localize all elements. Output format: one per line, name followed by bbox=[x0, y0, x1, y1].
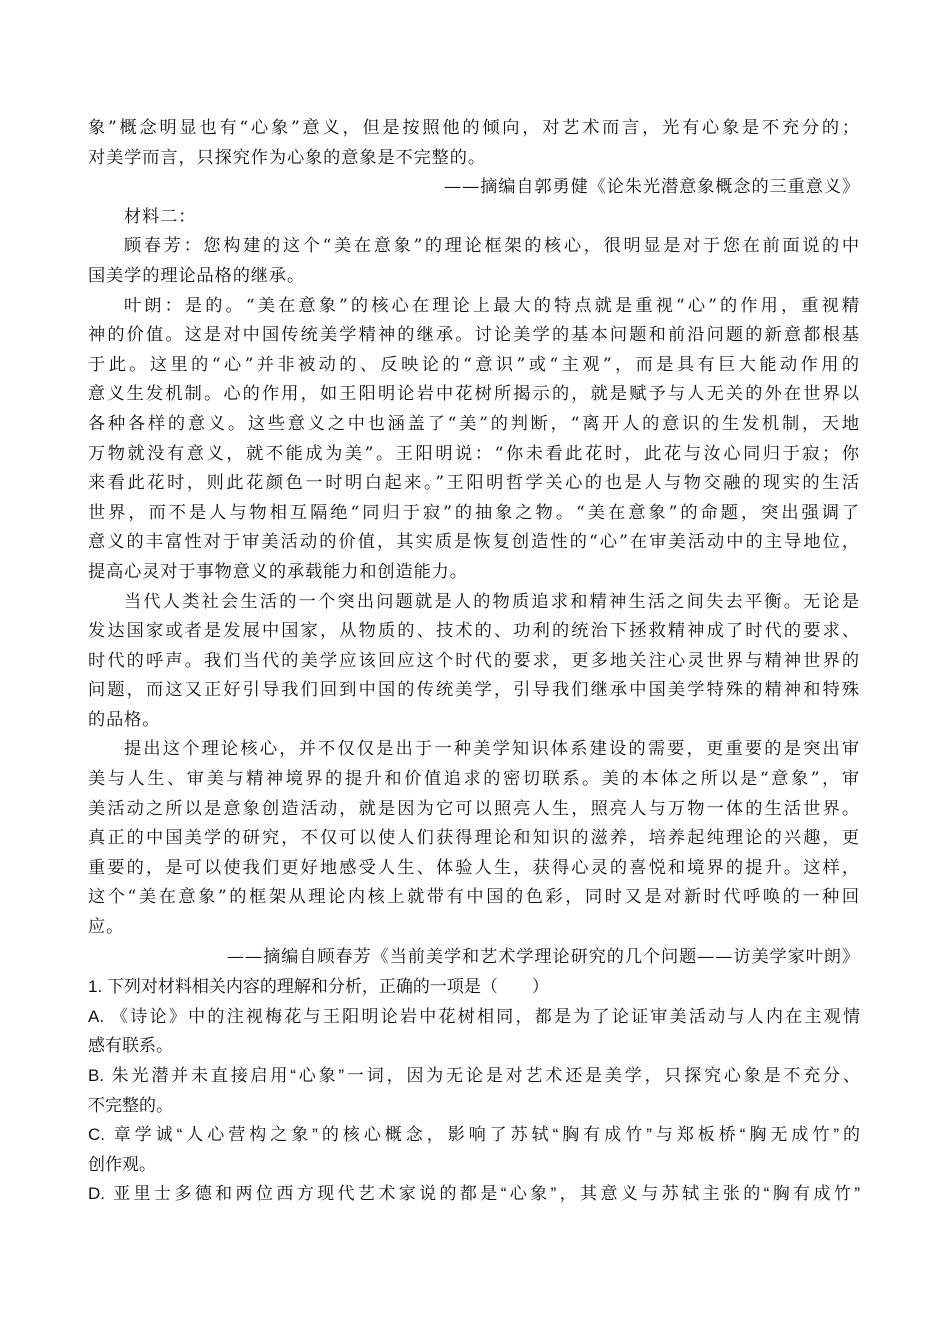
paragraph-line: 提出这个理论核心，并不仅仅是出于一种美学知识体系建设的需要，更重要的是突出审 bbox=[88, 735, 860, 765]
source-citation: ——摘编自郭勇健《论朱光潜意象概念的三重意义》 bbox=[88, 173, 860, 203]
paragraph-line: 各种各样的意义。这些意义之中也涵盖了“美”的判断，“离开人的意识的生发机制，天地 bbox=[88, 410, 860, 440]
option-a: A. 《诗论》中的注视梅花与王阳明论岩中花树相同，都是为了论证审美活动与人内在主… bbox=[88, 1002, 860, 1061]
paragraph-line: 这个“美在意象”的框架从理论内核上就带有中国的色彩，同时又是对新时代呼唤的一种回 bbox=[88, 883, 860, 913]
paragraph-line: 问题，而这又正好引导我们回到中国的传统美学，引导我们继承中国美学特殊的精神和特殊 bbox=[88, 676, 860, 706]
paragraph-line: 象”概念明显也有“心象”意义，但是按照他的倾向，对艺术而言，光有心象是不充分的； bbox=[88, 114, 860, 144]
option-c: C. 章学诚“人心营构之象”的核心概念，影响了苏轼“胸有成竹”与郑板桥“胸无成竹… bbox=[88, 1120, 860, 1179]
option-b: B. 朱光潜并未直接启用“心象”一词，因为无论是对艺术还是美学，只探究心象是不充… bbox=[88, 1061, 860, 1120]
option-line: 感有联系。 bbox=[88, 1031, 860, 1061]
paragraph-line: 重要的，是可以使我们更好地感受人生、体验人生，获得心灵的喜悦和境界的提升。这样， bbox=[88, 854, 860, 884]
paragraph-line: 的品格。 bbox=[88, 706, 860, 736]
paragraph-line: 美与人生、审美与精神境界的提升和价值追求的密切联系。美的本体之所以是“意象”，审 bbox=[88, 765, 860, 795]
section-heading: 材料二： bbox=[88, 203, 860, 233]
paragraph-line: 于此。这里的“心”并非被动的、反映论的“意识”或“主观”，而是具有巨大能动作用的 bbox=[88, 351, 860, 381]
paragraph-line: 应。 bbox=[88, 913, 860, 943]
option-d: D. 亚里士多德和两位西方现代艺术家说的都是“心象”，其意义与苏轼主张的“胸有成… bbox=[88, 1179, 860, 1209]
question-stem: 1. 下列对材料相关内容的理解和分析，正确的一项是（ ） bbox=[88, 972, 860, 1002]
paragraph-ye-lang: 叶朗：是的。“美在意象”的核心在理论上最大的特点就是重视“心”的作用，重视精 神… bbox=[88, 292, 860, 588]
paragraph-contemporary: 当代人类社会生活的一个突出问题就是人的物质追求和精神生活之间失去平衡。无论是 发… bbox=[88, 588, 860, 736]
paragraph-line: 意义的丰富性对于审美活动的价值，其实质是恢复创造性的“心”在审美活动中的主导地位… bbox=[88, 528, 860, 558]
paragraph-line: 叶朗：是的。“美在意象”的核心在理论上最大的特点就是重视“心”的作用，重视精 bbox=[88, 292, 860, 322]
paragraph-line: 发达国家或者是发展中国家，从物质的、技术的、功利的统治下拯救精神成了时代的要求、 bbox=[88, 617, 860, 647]
option-line: C. 章学诚“人心营构之象”的核心概念，影响了苏轼“胸有成竹”与郑板桥“胸无成竹… bbox=[88, 1120, 860, 1150]
paragraph-line: 万物就没有意义，就不能成为美”。王阳明说：“你未看此花时，此花与汝心同归于寂；你 bbox=[88, 440, 860, 470]
paragraph-line: 提高心灵对于事物意义的承载能力和创造能力。 bbox=[88, 558, 860, 588]
option-line: 创作观。 bbox=[88, 1150, 860, 1180]
question-1: 1. 下列对材料相关内容的理解和分析，正确的一项是（ ） A. 《诗论》中的注视… bbox=[88, 972, 860, 1209]
option-line: A. 《诗论》中的注视梅花与王阳明论岩中花树相同，都是为了论证审美活动与人内在主… bbox=[88, 1002, 860, 1032]
paragraph-line: 意义生发机制。心的作用，如王阳明论岩中花树所揭示的，就是赋予与人无关的外在世界以 bbox=[88, 380, 860, 410]
material-one-tail: 象”概念明显也有“心象”意义，但是按照他的倾向，对艺术而言，光有心象是不充分的；… bbox=[88, 114, 860, 203]
paragraph-line: 美活动之所以是意象创造活动，就是因为它可以照亮人生，照亮人与万物一体的生活世界。 bbox=[88, 795, 860, 825]
paragraph-line: 神的价值。这是对中国传统美学精神的继承。讨论美学的基本问题和前沿问题的新意都根基 bbox=[88, 321, 860, 351]
material-two: 材料二： 顾春芳：您构建的这个“美在意象”的理论框架的核心，很明显是对于您在前面… bbox=[88, 203, 860, 972]
option-line: 不完整的。 bbox=[88, 1091, 860, 1121]
paragraph-line: 真正的中国美学的研究，不仅可以使人们获得理论和知识的滋养，培养起纯理论的兴趣，更 bbox=[88, 824, 860, 854]
paragraph-line: 世界，而不是人与物相互隔绝“同归于寂”的抽象之物。“美在意象”的命题，突出强调了 bbox=[88, 499, 860, 529]
option-line: B. 朱光潜并未直接启用“心象”一词，因为无论是对艺术还是美学，只探究心象是不充… bbox=[88, 1061, 860, 1091]
paragraph-line: 国美学的理论品格的继承。 bbox=[88, 262, 860, 292]
paragraph-line: 当代人类社会生活的一个突出问题就是人的物质追求和精神生活之间失去平衡。无论是 bbox=[88, 588, 860, 618]
document-page: 象”概念明显也有“心象”意义，但是按照他的倾向，对艺术而言，光有心象是不充分的；… bbox=[88, 114, 860, 1209]
paragraph-interviewer: 顾春芳：您构建的这个“美在意象”的理论框架的核心，很明显是对于您在前面说的中 国… bbox=[88, 232, 860, 291]
paragraph-theory-core: 提出这个理论核心，并不仅仅是出于一种美学知识体系建设的需要，更重要的是突出审 美… bbox=[88, 735, 860, 942]
paragraph-line: 顾春芳：您构建的这个“美在意象”的理论框架的核心，很明显是对于您在前面说的中 bbox=[88, 232, 860, 262]
paragraph-line: 对美学而言，只探究作为心象的意象是不完整的。 bbox=[88, 144, 860, 174]
paragraph-line: 来看此花时，则此花颜色一时明白起来。”王阳明哲学关心的也是人与物交融的现实的生活 bbox=[88, 469, 860, 499]
option-line: D. 亚里士多德和两位西方现代艺术家说的都是“心象”，其意义与苏轼主张的“胸有成… bbox=[88, 1179, 860, 1209]
source-citation: ——摘编自顾春芳《当前美学和艺术学理论研究的几个问题——访美学家叶朗》 bbox=[88, 943, 860, 973]
paragraph-line: 时代的呼声。我们当代的美学应该回应这个时代的要求，更多地关注心灵世界与精神世界的 bbox=[88, 647, 860, 677]
